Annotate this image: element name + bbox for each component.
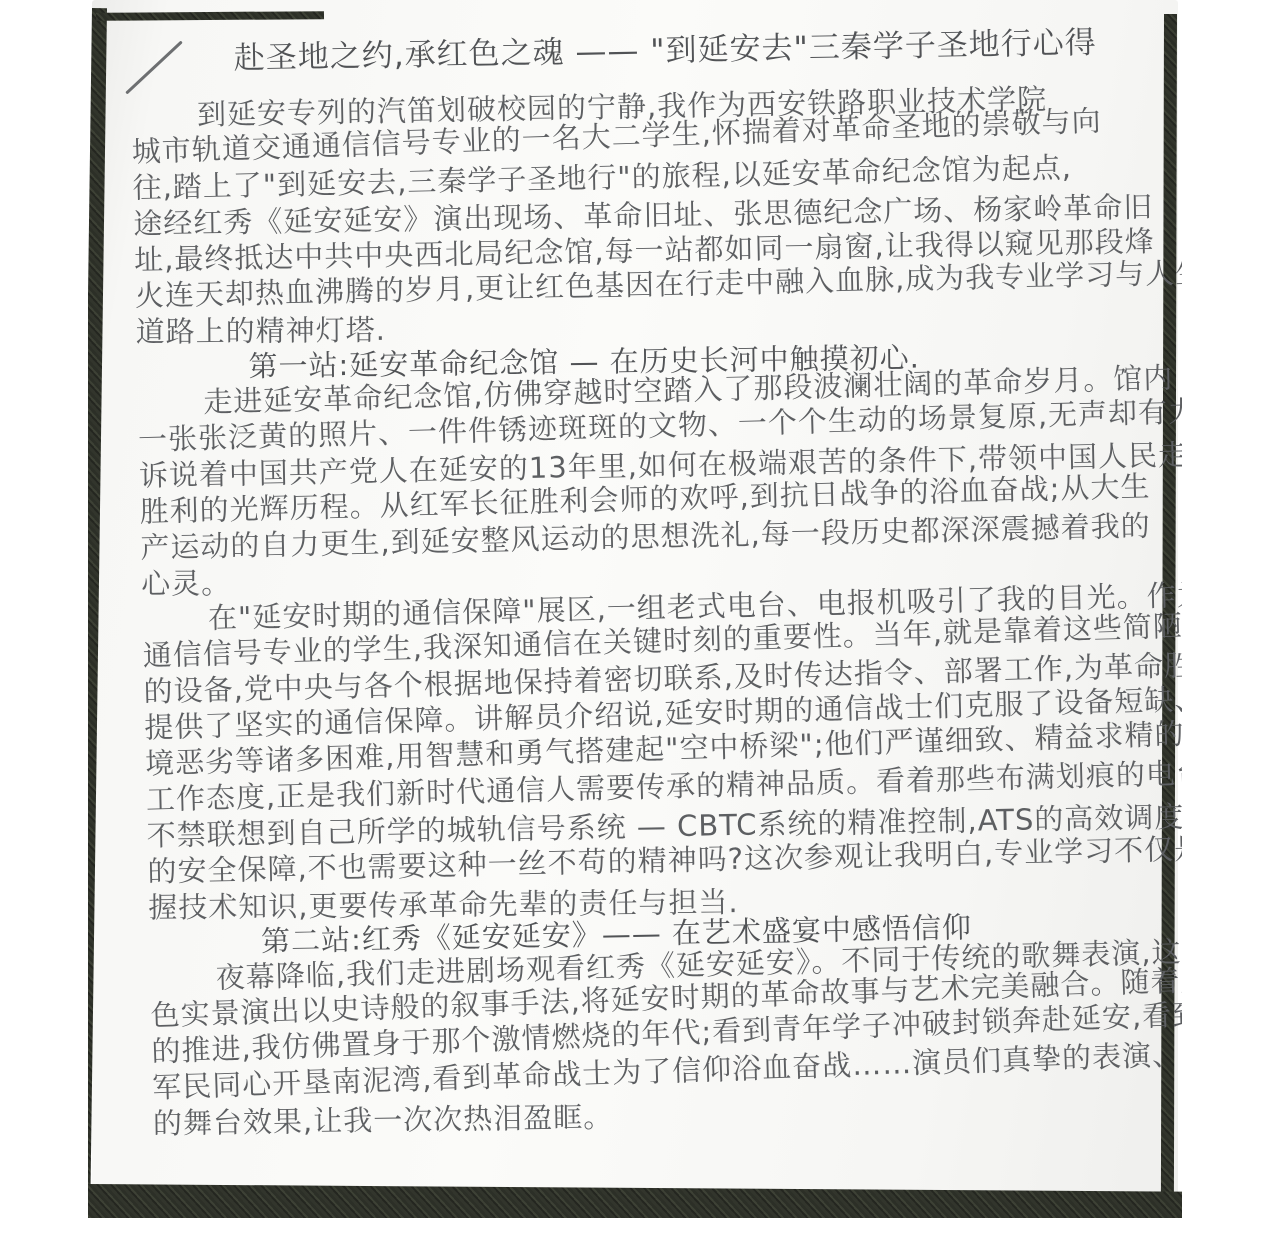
essay-title: 赴圣地之约,承红色之魂 —— "到延安去"三秦学子圣地行心得 xyxy=(233,15,1182,78)
essay-photo: 赴圣地之约,承红色之魂 —— "到延安去"三秦学子圣地行心得 到延安专列的汽笛划… xyxy=(88,0,1182,1218)
essay-text: 赴圣地之约,承红色之魂 —— "到延安去"三秦学子圣地行心得 到延安专列的汽笛划… xyxy=(129,6,1182,1138)
photo-border-top xyxy=(96,11,324,21)
photo-canvas: 赴圣地之约,承红色之魂 —— "到延安去"三秦学子圣地行心得 到延安专列的汽笛划… xyxy=(0,0,1268,1260)
essay-lines: 到延安专列的汽笛划破校园的宁静,我作为西安铁路职业技术学院城市轨道交通通信信号专… xyxy=(131,71,1182,1138)
